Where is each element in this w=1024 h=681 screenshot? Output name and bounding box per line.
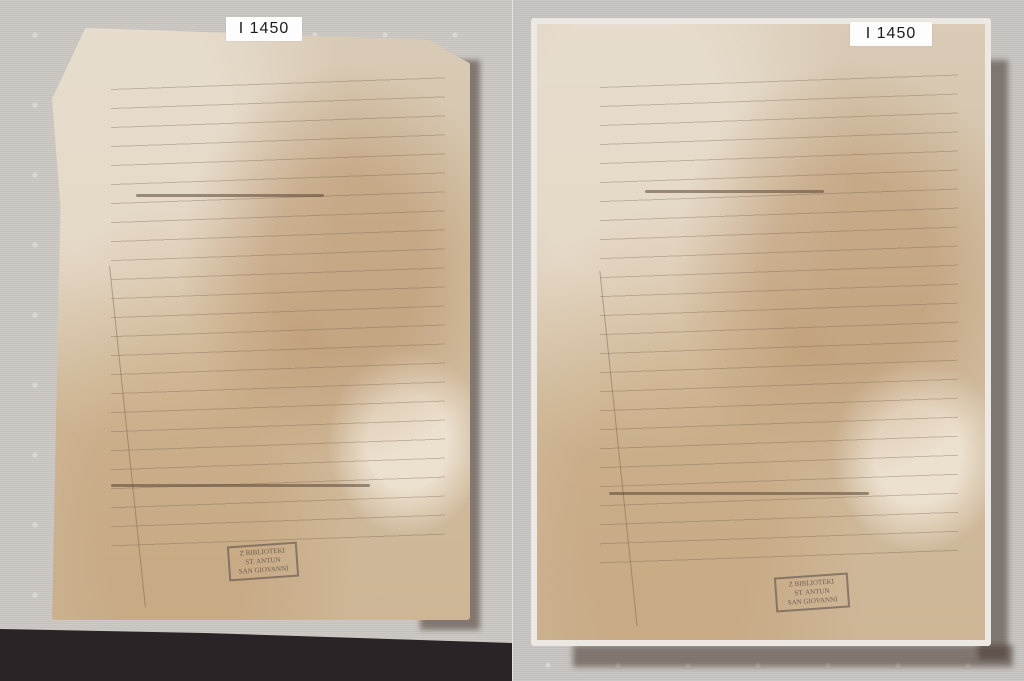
book-shadow	[573, 645, 1013, 667]
handwritten-heading	[645, 190, 824, 193]
library-stamp: Z BIBLIOTEKI ST. ANTUN SAN GIOVANNI	[227, 542, 299, 582]
handwritten-heading	[111, 484, 370, 487]
after-photo-panel: I 1450 Z BIBLIOTEKI ST. ANTUN SAN GIOVAN…	[513, 0, 1024, 681]
shelfmark-label: I 1450	[226, 17, 302, 41]
before-photo-panel: I 1450 Z BIBLIOTEKI ST. ANTUN SAN GIOVAN…	[0, 0, 512, 681]
shelfmark-label: I 1450	[850, 22, 932, 46]
handwritten-heading	[609, 492, 869, 495]
manuscript-page	[531, 18, 991, 646]
manuscript-page	[52, 28, 470, 620]
library-stamp: Z BIBLIOTEKI ST. ANTUN SAN GIOVANNI	[774, 572, 850, 612]
handwritten-heading	[136, 194, 324, 197]
handwritten-text	[111, 75, 445, 549]
